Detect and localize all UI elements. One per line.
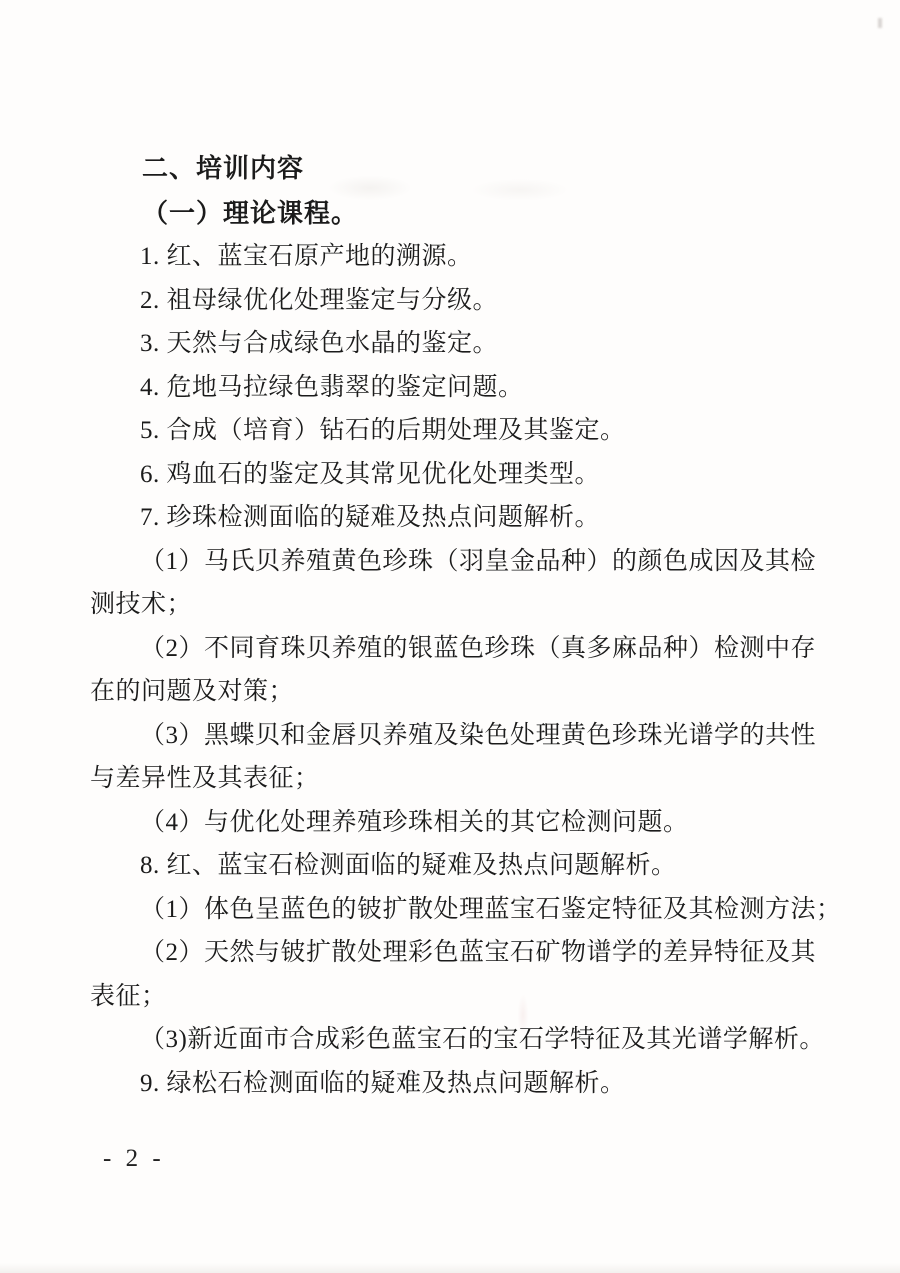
list-subitem: （1）马氏贝养殖黄色珍珠（羽皇金品种）的颜色成因及其检 测技术； [90,540,850,627]
section-heading: 二、培训内容 [90,148,850,192]
subsection-heading: （一）理论课程。 [90,192,850,236]
document-page: 二、培训内容 （一）理论课程。 1. 红、蓝宝石原产地的溯源。 2. 祖母绿优化… [0,0,900,1273]
document-body: 二、培训内容 （一）理论课程。 1. 红、蓝宝石原产地的溯源。 2. 祖母绿优化… [90,148,850,1105]
list-item: 2. 祖母绿优化处理鉴定与分级。 [90,279,850,323]
list-subitem: （1）体色呈蓝色的铍扩散处理蓝宝石鉴定特征及其检测方法； [90,888,850,932]
list-item: 6. 鸡血石的鉴定及其常见优化处理类型。 [90,453,850,497]
list-item: 1. 红、蓝宝石原产地的溯源。 [90,235,850,279]
list-item: 8. 红、蓝宝石检测面临的疑难及热点问题解析。 [90,844,850,888]
list-subitem: （2）天然与铍扩散处理彩色蓝宝石矿物谱学的差异特征及其 表征； [90,931,850,1018]
list-item: 7. 珍珠检测面临的疑难及热点问题解析。 [90,496,850,540]
list-item: 4. 危地马拉绿色翡翠的鉴定问题。 [90,366,850,410]
list-item: 5. 合成（培育）钻石的后期处理及其鉴定。 [90,409,850,453]
scan-artifact [878,18,882,28]
list-subitem: （2）不同育珠贝养殖的银蓝色珍珠（真多麻品种）检测中存 在的问题及对策； [90,627,850,714]
list-item: 9. 绿松石检测面临的疑难及热点问题解析。 [90,1062,850,1106]
list-subitem: （4）与优化处理养殖珍珠相关的其它检测问题。 [90,801,850,845]
page-number: - 2 - [103,1145,165,1173]
list-subitem: （3）黑蝶贝和金唇贝养殖及染色处理黄色珍珠光谱学的共性 与差异性及其表征； [90,714,850,801]
list-item: 3. 天然与合成绿色水晶的鉴定。 [90,322,850,366]
list-subitem: （3)新近面市合成彩色蓝宝石的宝石学特征及其光谱学解析。 [90,1018,850,1062]
